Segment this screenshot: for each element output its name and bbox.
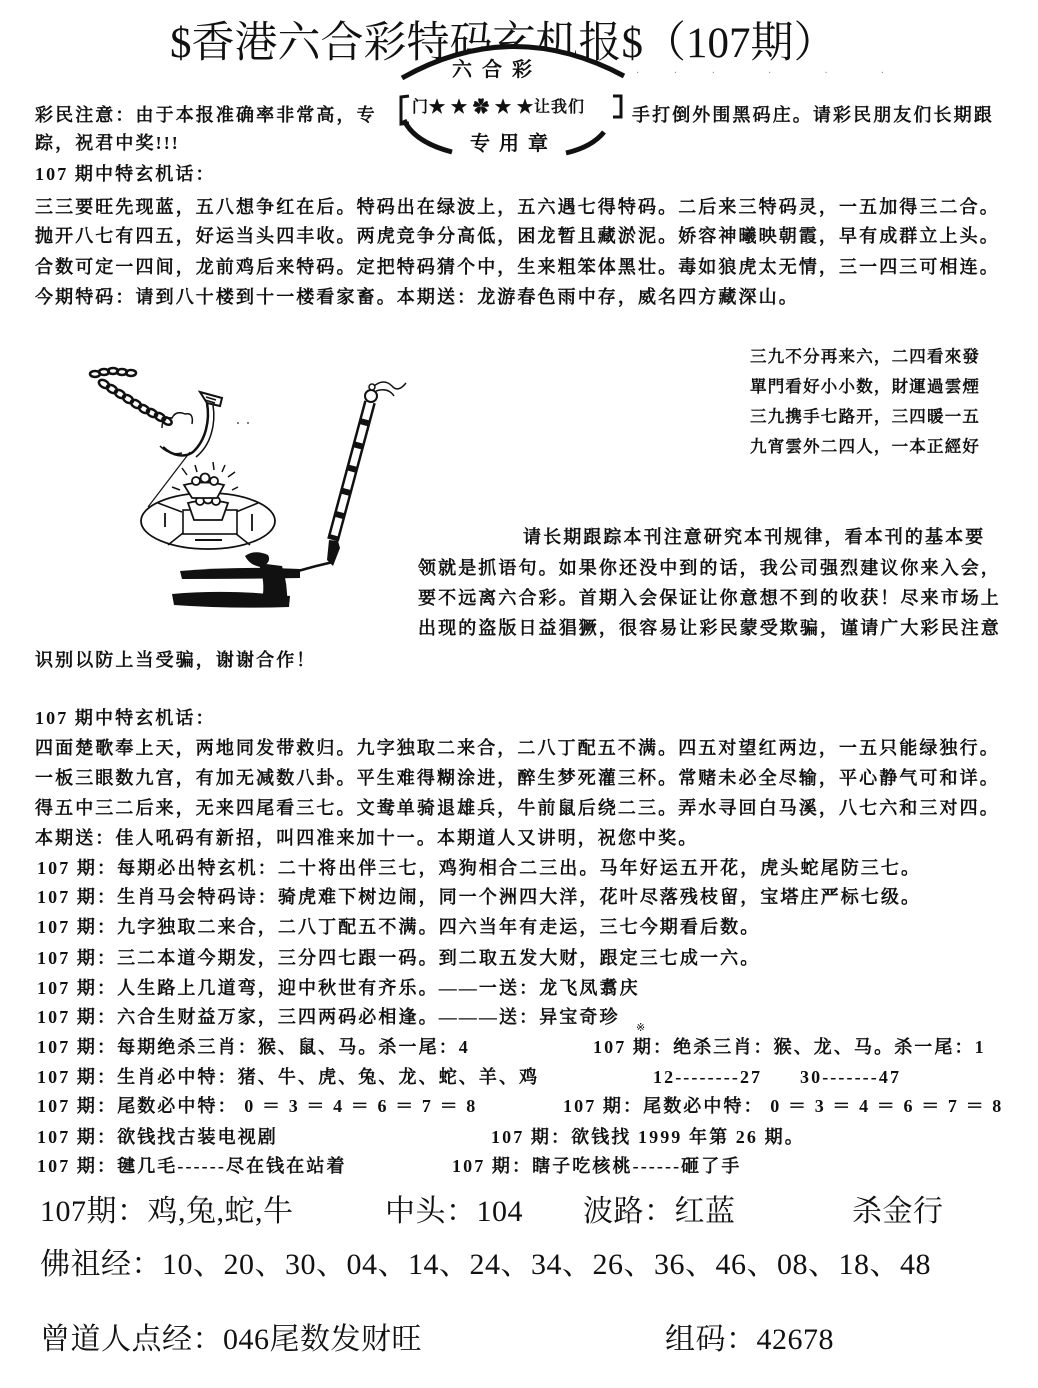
prediction-line: 107 期：尾数必中特： 0 ＝ 3 ＝ 4 ＝ 6 ＝ 7 ＝ 8 [37,1096,477,1116]
stamp-middle-text: 门★ ★ ✿ ★ ★让我们 [412,97,585,116]
prediction-line: 107 期：欲钱找古装电视剧 [37,1127,278,1147]
notice-line-1-left: 彩民注意：由于本报准确率非常高，专 [35,105,377,125]
prediction-line: 107 期：每期必出特玄机：二十将出伴三七，鸡狗相合二三出。马年好运五开花，虎头… [37,858,921,878]
brush-icon [327,382,406,566]
gold-ingot-icon [184,474,228,521]
notice-line-1-right: 手打倒外围黑码庄。请彩民朋友们长期跟 [632,105,994,125]
notice2-line: 领就是抓语句。如果你还没中到的话，我公司强烈建议你来入会， [418,558,1001,578]
notice2-line: 请长期跟踪本刊注意研究本刊规律，看本刊的基本要 [523,527,985,547]
section2-line: 本期送：佳人吼码有新招，叫四准来加十一。本期道人又讲明，祝您中奖。 [35,828,698,848]
chain-icon [90,368,173,426]
prediction-line: 107 期：六合生财益万家，三四两码必相逢。———送：异宝奇珍 [37,1007,620,1027]
asterisk-mark: ※ [636,1021,645,1034]
prediction-line: 107 期：生肖马会特码诗：骑虎难下树边闹，同一个洲四大洋，花叶尽落残枝留，宝塔… [37,887,921,907]
section1-line: 三三要旺先现蓝，五八想争红在后。特码出在绿波上，五六遇七得特码。二后来三特码灵，… [35,197,1000,217]
section1-line: 抛开八七有四五，好运当头四丰收。两虎竞争分高低，困龙暂且藏淤泥。娇容神曦映朝霞，… [35,226,1000,246]
prediction-line: 107 期：生肖必中特：猪、牛、虎、兔、龙、蛇、羊、鸡 [37,1067,539,1087]
notice-line-2: 踪，祝君中奖!!! [35,133,180,153]
faint-dots: · · · · · · [636,68,900,79]
prediction-line: 107 期：三二本道今期发，三分四七跟一码。到二取五发大财，跟定三七成一六。 [37,948,760,968]
prediction-range-a: 12--------27 [653,1067,762,1087]
summary-wave: 波路：红蓝 [583,1196,736,1228]
section2-line: 一板三眼数九宫，有加无减数八卦。平生难得糊涂进，醉生梦死灌三杯。常赌未必全尽输，… [35,768,1000,788]
ink-stroke [172,552,333,607]
poem-line: 單門看好小小数，財運過雲煙 [750,377,980,397]
section2-heading: 107 期中特玄机话： [35,708,216,728]
poem-line: 三九携手七路开，三四暖一五 [750,407,980,427]
prediction-line: 107 期：毽几毛------尽在钱在站着 [37,1156,347,1176]
summary-head: 中头：104 [385,1196,523,1228]
prediction-range-b: 30-------47 [800,1067,901,1087]
seal-stamp: 六合彩 门★ ★ ✿ ★ ★让我们 专用章 [395,35,655,170]
poem-line: 三九不分再来六，二四看來發 [750,347,980,367]
notice2-line: 识别以防上当受骗，谢谢合作！ [35,650,316,670]
section2-line: 得五中三二后来，无来四尾看三七。文鸯单骑退雄兵，牛前鼠后绕二三。弄水寻回白马溪，… [35,798,1000,818]
issue-number: （107期） [643,20,837,67]
summary-buddha-sutra: 佛祖经：10、20、30、04、14、24、34、26、36、46、08、18、… [40,1249,931,1281]
summary-kill: 杀金行 [852,1196,944,1228]
section1-line: 合数可定一四间，龙前鸡后来特码。定把特码猜个中，生来粗笨体黑壮。毒如狼虎太无情，… [35,257,1000,277]
cloud-icon [162,413,192,428]
section1-heading: 107 期中特玄机话： [35,164,216,184]
prediction-kill-three: 107 期：绝杀三肖：猴、龙、马。杀一尾：1 [593,1037,986,1057]
summary-group-code: 组码：42678 [665,1324,834,1356]
prediction-tail: 107 期：尾数必中特： 0 ＝ 3 ＝ 4 ＝ 6 ＝ 7 ＝ 8 [563,1096,1003,1116]
summary-master-tip: 曾道人点经：046尾数发财旺 [40,1324,422,1356]
section1-line: 今期特码：请到八十楼到十一楼看家畜。本期送：龙游春色雨中存，威名四方藏深山。 [35,287,799,307]
fishing-hook-brush-illustration [80,360,420,620]
stamp-bottom-text: 专用章 [470,131,557,155]
notice2-line: 出现的盗版日益猖獗，很容易让彩民蒙受欺骗，谨请广大彩民注意 [418,618,1001,638]
poem-line: 九宵雲外二四人，一本正經好 [750,437,980,457]
prediction-money: 107 期：欲钱找 1999 年第 26 期。 [491,1127,805,1147]
prediction-line: 107 期：九字独取二来合，二八丁配五不满。四六当年有走运，三七今期看后数。 [37,917,760,937]
prediction-riddle: 107 期：瞎子吃核桃------砸了手 [452,1156,741,1176]
stamp-arc-text: 六合彩 [452,57,542,81]
notice2-line: 要不远离六合彩。首期入会保证让你意想不到的收获！尽来市场上 [418,588,1001,608]
prediction-line: 107 期：人生路上几道弯，迎中秋世有齐乐。——一送：龙飞凤翥庆 [37,978,640,998]
section2-line: 四面楚歌奉上天，两地同发带救归。九字独取二来合，二八丁配五不满。四五对望红两边，… [35,738,1000,758]
summary-zodiac: 107期：鸡,兔,蛇,牛 [40,1196,294,1228]
prediction-line: 107 期：每期绝杀三肖：猴、鼠、马。杀一尾：4 [37,1037,470,1057]
